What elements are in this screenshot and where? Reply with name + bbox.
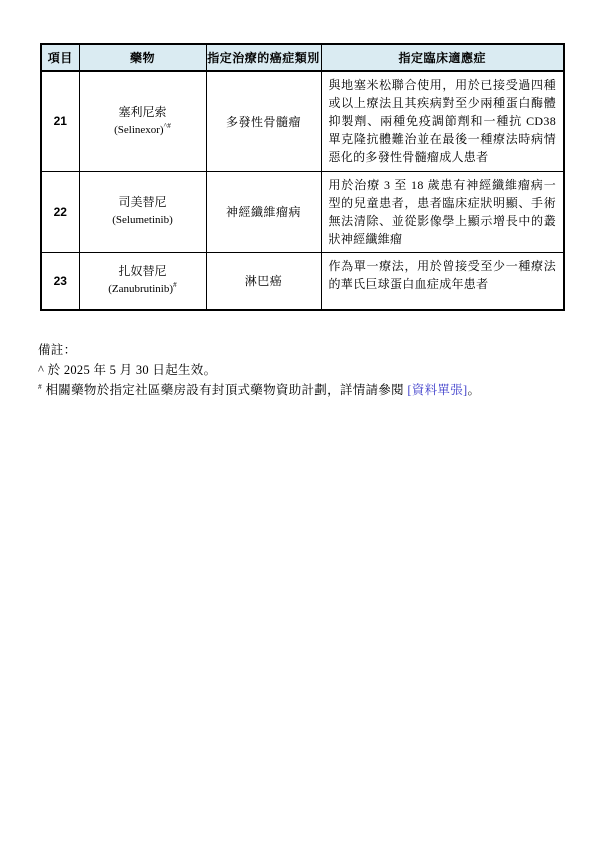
drug-name-zh: 司美替尼 [82,194,204,211]
cancer-type: 淋巴癌 [206,252,321,310]
col-header-cancer: 指定治療的癌症類別 [206,44,321,71]
drug-name-en: (Zanubrutinib)# [82,280,204,298]
clinical-indication: 作為單一療法，用於曾接受至少一種療法的華氏巨球蛋白血症成年患者 [321,252,564,310]
clinical-indication: 用於治療 3 至 18 歲患有神經纖維瘤病一型的兒童患者，患者臨床症狀明顯、手術… [321,171,564,252]
note-subsidy-text: 相關藥物於指定社區藥房設有封頂式藥物資助計劃，詳情請參閱 [42,383,407,397]
item-number: 22 [41,171,79,252]
document-page: 項目 藥物 指定治療的癌症類別 指定臨床適應症 21 塞利尼索 (Selinex… [0,0,600,852]
col-header-drug: 藥物 [79,44,206,71]
cancer-type: 神經纖維瘤病 [206,171,321,252]
drug-cell: 扎奴替尼 (Zanubrutinib)# [79,252,206,310]
drug-name-en: (Selumetinib) [82,211,204,229]
drug-name-en: (Selinexor)^# [82,121,204,139]
drug-cell: 司美替尼 (Selumetinib) [79,171,206,252]
notes-title: 備註： [38,340,563,360]
drug-name-zh: 扎奴替尼 [82,263,204,280]
footnotes-section: 備註： ^ 於 2025 年 5 月 30 日起生效。 # 相關藥物於指定社區藥… [38,340,563,400]
note-effective-date: ^ 於 2025 年 5 月 30 日起生效。 [38,360,563,380]
footnote-marker: ^# [164,121,171,130]
cancer-type: 多發性骨髓瘤 [206,71,321,171]
table-row: 22 司美替尼 (Selumetinib) 神經纖維瘤病 用於治療 3 至 18… [41,171,564,252]
info-sheet-link[interactable]: [資料單張] [407,383,467,397]
item-number: 21 [41,71,79,171]
footnote-marker: # [173,280,177,289]
note-subsidy-scheme: # 相關藥物於指定社區藥房設有封頂式藥物資助計劃，詳情請參閱 [資料單張]。 [38,380,563,400]
drug-table: 項目 藥物 指定治療的癌症類別 指定臨床適應症 21 塞利尼索 (Selinex… [40,43,565,311]
col-header-indication: 指定臨床適應症 [321,44,564,71]
drug-name-zh: 塞利尼索 [82,104,204,121]
note-subsidy-suffix: 。 [467,383,480,397]
table-row: 23 扎奴替尼 (Zanubrutinib)# 淋巴癌 作為單一療法，用於曾接受… [41,252,564,310]
item-number: 23 [41,252,79,310]
clinical-indication: 與地塞米松聯合使用，用於已接受過四種或以上療法且其疾病對至少兩種蛋白酶體抑製劑、… [321,71,564,171]
drug-cell: 塞利尼索 (Selinexor)^# [79,71,206,171]
table-header-row: 項目 藥物 指定治療的癌症類別 指定臨床適應症 [41,44,564,71]
col-header-item: 項目 [41,44,79,71]
table-row: 21 塞利尼索 (Selinexor)^# 多發性骨髓瘤 與地塞米松聯合使用，用… [41,71,564,171]
